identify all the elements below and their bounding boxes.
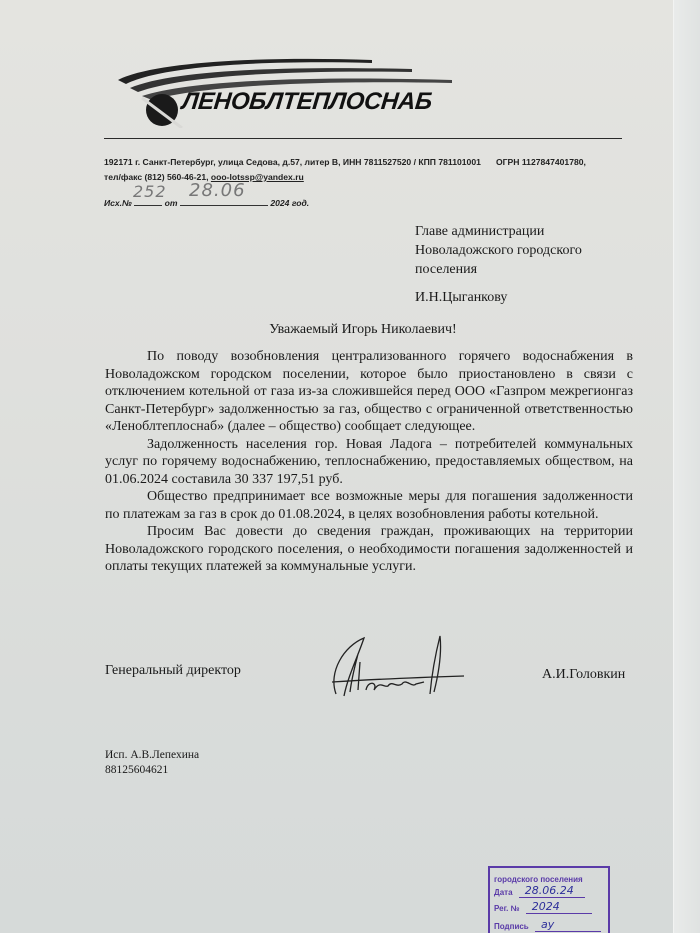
handwritten-date: 28.06 [189, 180, 246, 201]
company-ogrn: ОГРН 1127847401780, [496, 157, 586, 167]
stamp-sign-value: ay [541, 918, 554, 931]
executor-name: Исп. А.В.Лепехина [105, 748, 199, 763]
executor-block: Исп. А.В.Лепехина 88125604621 [105, 748, 199, 778]
stamp-reg-value: 2024 [532, 900, 560, 913]
paragraph: По поводу возобновления централизованног… [105, 348, 633, 436]
stamp-date-label: Дата [494, 888, 513, 897]
stamp-date-row: Дата 28.06.24 [494, 888, 585, 898]
letter-body: По поводу возобновления централизованног… [105, 348, 633, 576]
outgoing-number-label: Исх.№ [104, 198, 132, 208]
paragraph: Задолженность населения гор. Новая Ладог… [105, 436, 633, 489]
executor-phone: 88125604621 [105, 763, 199, 778]
company-name: ЛЕНОБЛТЕПЛОСНАБ [181, 88, 434, 116]
signatory-title: Генеральный директор [105, 663, 241, 679]
stamp-reg-label: Рег. № [494, 904, 519, 913]
outgoing-year: 2024 год. [270, 198, 309, 208]
outgoing-from-label: от [165, 198, 178, 208]
page-edge [673, 0, 700, 933]
registration-stamp: городского поселения Дата 28.06.24 Рег. … [488, 866, 610, 933]
salutation: Уважаемый Игорь Николаевич! [0, 322, 700, 338]
signatory-name: А.И.Головкин [542, 667, 625, 683]
signature-icon [322, 632, 472, 702]
addressee-block: Главе администрации Новоладожского город… [415, 222, 582, 307]
header-divider [104, 138, 622, 139]
stamp-sign-row: Подпись ay [494, 922, 601, 932]
addressee-line: Новоладожского городского [415, 241, 582, 260]
addressee-name: И.Н.Цыганкову [415, 288, 582, 307]
addressee-line: поселения [415, 260, 582, 279]
stamp-sign-label: Подпись [494, 922, 529, 931]
stamp-date-value: 28.06.24 [525, 884, 574, 897]
paragraph: Общество предпринимает все возможные мер… [105, 488, 633, 523]
handwritten-number: 252 [133, 182, 167, 201]
stamp-header: городского поселения [494, 875, 583, 884]
company-address: 192171 г. Санкт-Петербург, улица Седова,… [104, 157, 481, 167]
paragraph: Просим Вас довести до сведения граждан, … [105, 523, 633, 576]
addressee-line: Главе администрации [415, 222, 582, 241]
stamp-reg-row: Рег. № 2024 [494, 904, 592, 914]
